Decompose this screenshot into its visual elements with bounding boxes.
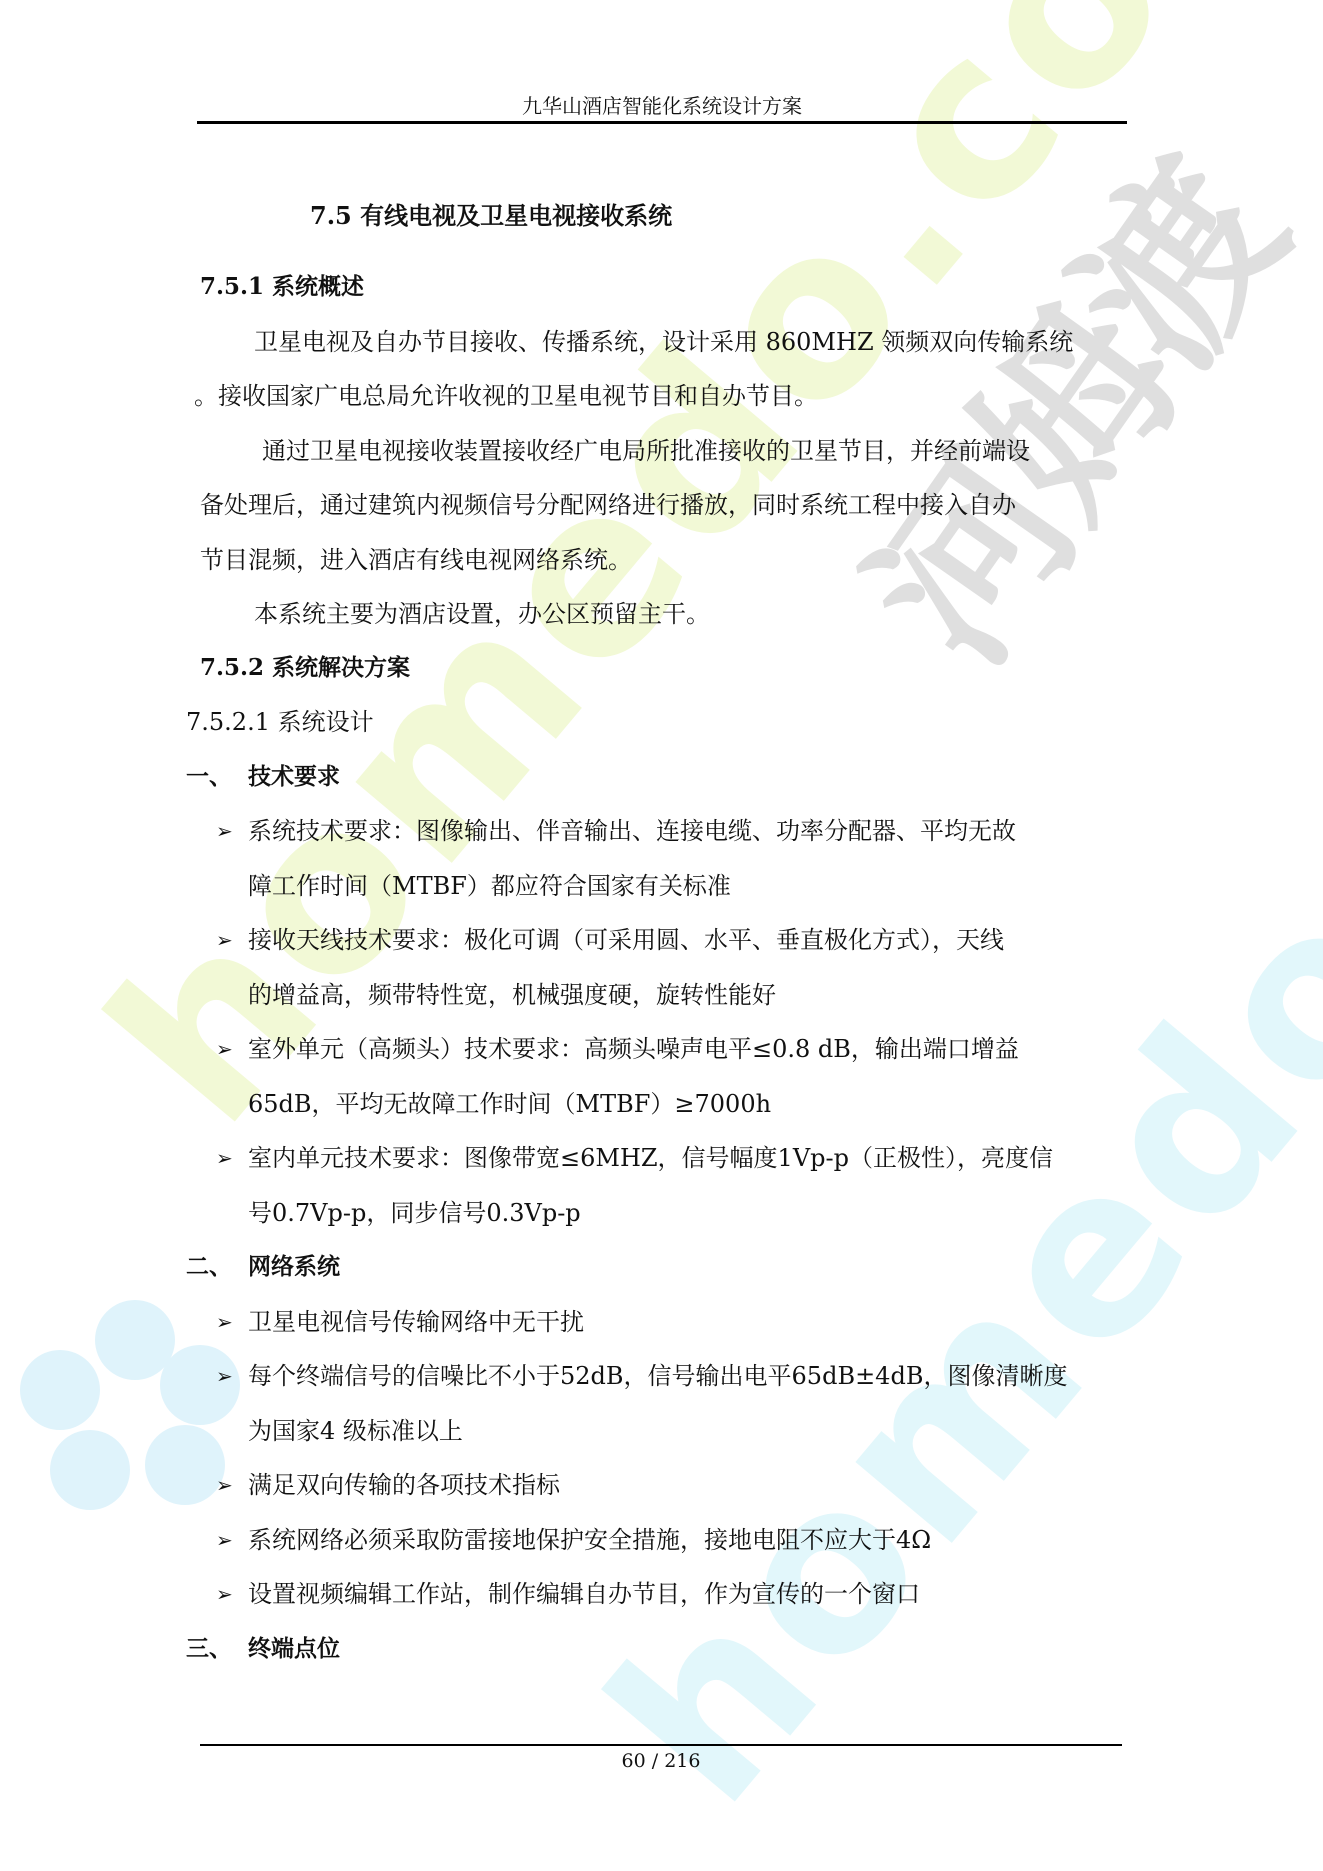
paragraph-line: 。接收国家广电总局允许收视的卫星电视节目和自办节目。 — [194, 381, 818, 411]
list-item-continuation: 为国家4 级标准以上 — [248, 1416, 463, 1446]
list-item: 卫星电视信号传输网络中无干扰 — [248, 1307, 584, 1337]
bullet-arrow-icon: ➢ — [216, 1525, 233, 1555]
group-marker: 三、 — [186, 1634, 232, 1664]
list-item: 系统网络必须采取防雷接地保护安全措施，接地电阻不应大于4Ω — [248, 1525, 931, 1555]
bullet-arrow-icon: ➢ — [216, 925, 233, 955]
list-item: 室外单元（高频头）技术要求：高频头噪声电平≤0.8 dB，输出端口增益 — [248, 1034, 1019, 1064]
list-item-continuation: 号0.7Vp-p，同步信号0.3Vp-p — [248, 1198, 581, 1228]
watermark-brand-cn: 河姆渡 — [796, 107, 1323, 706]
paragraph-line: 节目混频，进入酒店有线电视网络系统。 — [200, 545, 632, 575]
subsection-title-overview: 7.5.1 系统概述 — [200, 272, 364, 302]
list-item: 系统技术要求：图像输出、伴音输出、连接电缆、功率分配器、平均无故 — [248, 816, 1016, 846]
paragraph-line: 卫星电视及自办节目接收、传播系统，设计采用 860MHZ 领频双向传输系统 — [254, 327, 1073, 357]
header-divider — [197, 121, 1127, 124]
list-item-continuation: 65dB，平均无故障工作时间（MTBF）≥7000h — [248, 1089, 771, 1119]
page-number: 60 / 216 — [200, 1750, 1122, 1772]
subsection-title-solution: 7.5.2 系统解决方案 — [200, 653, 410, 683]
subsubsection-title-design: 7.5.2.1 系统设计 — [186, 707, 374, 737]
bullet-arrow-icon: ➢ — [216, 1143, 233, 1173]
list-item-continuation: 的增益高，频带特性宽，机械强度硬，旋转性能好 — [248, 980, 776, 1010]
page-header-title: 九华山酒店智能化系统设计方案 — [197, 90, 1127, 119]
paragraph-line: 通过卫星电视接收装置接收经广电局所批准接收的卫星节目，并经前端设 — [262, 436, 1030, 466]
paragraph-line: 备处理后，通过建筑内视频信号分配网络进行播放，同时系统工程中接入自办 — [200, 490, 1016, 520]
group-title-terminal-points: 终端点位 — [248, 1634, 340, 1664]
list-item: 接收天线技术要求：极化可调（可采用圆、水平、垂直极化方式），天线 — [248, 925, 1004, 955]
list-item: 室内单元技术要求：图像带宽≤6MHZ，信号幅度1Vp-p（正极性），亮度信 — [248, 1143, 1053, 1173]
paragraph-line: 本系统主要为酒店设置，办公区预留主干。 — [254, 599, 710, 629]
group-marker: 一、 — [186, 762, 232, 792]
list-item-continuation: 障工作时间（MTBF）都应符合国家有关标准 — [248, 871, 731, 901]
bullet-arrow-icon: ➢ — [216, 1034, 233, 1064]
group-title-tech-requirements: 技术要求 — [248, 762, 340, 792]
list-item: 每个终端信号的信噪比不小于52dB，信号输出电平65dB±4dB，图像清晰度 — [248, 1361, 1067, 1391]
group-marker: 二、 — [186, 1252, 232, 1282]
list-item: 设置视频编辑工作站，制作编辑自办节目，作为宣传的一个窗口 — [248, 1579, 920, 1609]
bullet-arrow-icon: ➢ — [216, 1361, 233, 1391]
list-item: 满足双向传输的各项技术指标 — [248, 1470, 560, 1500]
bullet-arrow-icon: ➢ — [216, 1307, 233, 1337]
section-title: 7.5 有线电视及卫星电视接收系统 — [310, 201, 672, 231]
bullet-arrow-icon: ➢ — [216, 816, 233, 846]
bullet-arrow-icon: ➢ — [216, 1470, 233, 1500]
bullet-arrow-icon: ➢ — [216, 1579, 233, 1609]
group-title-network: 网络系统 — [248, 1252, 340, 1282]
footer-divider — [200, 1744, 1122, 1746]
